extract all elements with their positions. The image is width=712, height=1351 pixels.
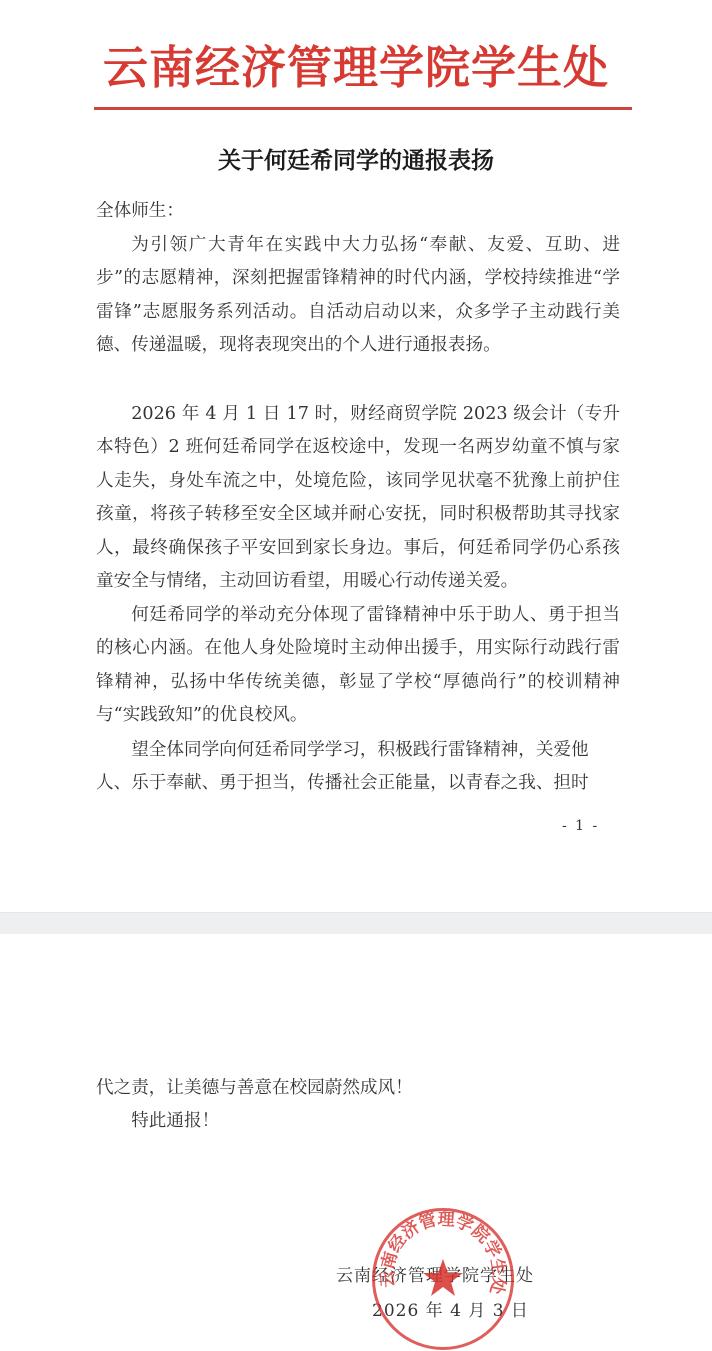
paragraph-4-continued: 代之责，让美德与善意在校园蔚然成风！ xyxy=(96,1072,620,1105)
page-number: - 1 - xyxy=(562,818,599,834)
paragraph-3: 何廷希同学的举动充分体现了雷锋精神中乐于助人、勇于担当的核心内涵。在他人身处险境… xyxy=(96,599,620,733)
paragraph-4-line-2: 人、乐于奉献、勇于担当，传播社会正能量，以青春之我、担时 xyxy=(96,767,620,800)
salutation: 全体师生： xyxy=(96,195,620,228)
page-separator xyxy=(0,912,712,934)
document-page-1: 云南经济管理学院学生处 关于何廷希同学的通报表扬 全体师生： 为引领广大青年在实… xyxy=(0,0,712,912)
paragraph-4-start: 望全体同学向何廷希同学学习，积极践行雷锋精神，关爱他 人、乐于奉献、勇于担当，传… xyxy=(96,734,620,801)
document-page-2 xyxy=(0,934,712,1351)
letterhead-title: 云南经济管理学院学生处 xyxy=(0,38,712,98)
signature-issuer: 云南经济管理学院学生处 xyxy=(336,1261,534,1286)
signature-date: 2026 年 4 月 3 日 xyxy=(372,1296,529,1321)
letterhead-divider xyxy=(94,107,632,110)
paragraph-1: 为引领广大青年在实践中大力弘扬“奉献、友爱、互助、进步”的志愿精神，深刻把握雷锋… xyxy=(96,229,620,363)
paragraph-2: 2026 年 4 月 1 日 17 时，财经商贸学院 2023 级会计（专升本特… xyxy=(96,398,620,598)
paragraph-4-line-1: 望全体同学向何廷希同学学习，积极践行雷锋精神，关爱他 xyxy=(96,734,620,767)
closing-remark: 特此通报！ xyxy=(96,1105,620,1138)
document-title: 关于何廷希同学的通报表扬 xyxy=(0,146,712,176)
